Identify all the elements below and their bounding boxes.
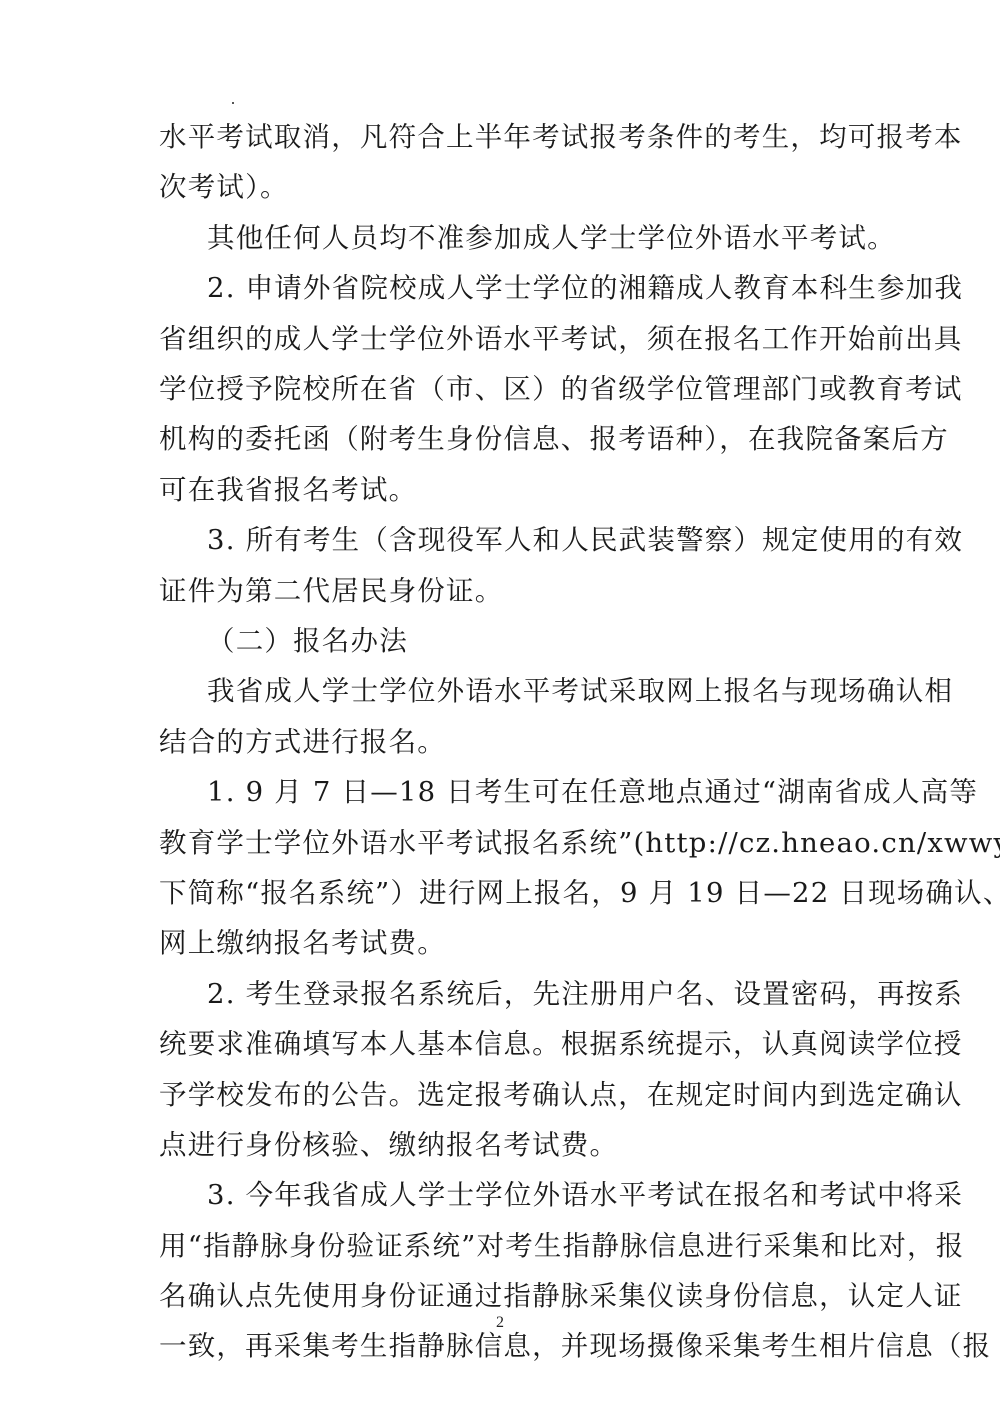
paragraph-line: 统要求准确填写本人基本信息。根据系统提示，认真阅读学位授: [159, 1026, 879, 1062]
paragraph-line: 3. 今年我省成人学士学位外语水平考试在报名和考试中将采: [207, 1177, 927, 1213]
paragraph-line: 水平考试取消，凡符合上半年考试报考条件的考生，均可报考本: [159, 119, 879, 155]
page-number: 2: [0, 1314, 1000, 1332]
paragraph-line: （二）报名办法: [207, 623, 927, 659]
paragraph-line: 下简称“报名系统”）进行网上报名，9 月 19 日—22 日现场确认、: [159, 875, 879, 911]
paragraph-line: 1. 9 月 7 日—18 日考生可在任意地点通过“湖南省成人高等: [207, 774, 927, 810]
paragraph-line: 次考试）。: [159, 169, 879, 205]
paragraph-line: 省组织的成人学士学位外语水平考试，须在报名工作开始前出具: [159, 321, 879, 357]
paragraph-line: 3. 所有考生（含现役军人和人民武装警察）规定使用的有效: [207, 522, 927, 558]
paragraph-line: 网上缴纳报名考试费。: [159, 925, 879, 961]
paragraph-line: 可在我省报名考试。: [159, 472, 879, 508]
paragraph-line: 我省成人学士学位外语水平考试采取网上报名与现场确认相: [207, 673, 927, 709]
paragraph-line: 证件为第二代居民身份证。: [159, 573, 879, 609]
document-page: 水平考试取消，凡符合上半年考试报考条件的考生，均可报考本次考试）。其他任何人员均…: [0, 0, 1000, 1413]
paragraph-line: 一致，再采集考生指静脉信息，并现场摄像采集考生相片信息（报: [159, 1328, 879, 1364]
paragraph-line: 结合的方式进行报名。: [159, 724, 879, 760]
scan-speck: [232, 102, 234, 104]
paragraph-line: 用“指静脉身份验证系统”对考生指静脉信息进行采集和比对，报: [159, 1228, 879, 1264]
paragraph-line: 2. 考生登录报名系统后，先注册用户名、设置密码，再按系: [207, 976, 927, 1012]
paragraph-line: 名确认点先使用身份证通过指静脉采集仪读身份信息，认定人证: [159, 1278, 879, 1314]
paragraph-line: 机构的委托函（附考生身份信息、报考语种），在我院备案后方: [159, 421, 879, 457]
paragraph-line: 教育学士学位外语水平考试报名系统”(http://cz.hneao.cn/xww…: [159, 825, 879, 861]
paragraph-line: 学位授予院校所在省（市、区）的省级学位管理部门或教育考试: [159, 371, 879, 407]
paragraph-line: 点进行身份核验、缴纳报名考试费。: [159, 1127, 879, 1163]
paragraph-line: 其他任何人员均不准参加成人学士学位外语水平考试。: [207, 220, 927, 256]
paragraph-line: 2. 申请外省院校成人学士学位的湘籍成人教育本科生参加我: [207, 270, 927, 306]
paragraph-line: 予学校发布的公告。选定报考确认点，在规定时间内到选定确认: [159, 1077, 879, 1113]
